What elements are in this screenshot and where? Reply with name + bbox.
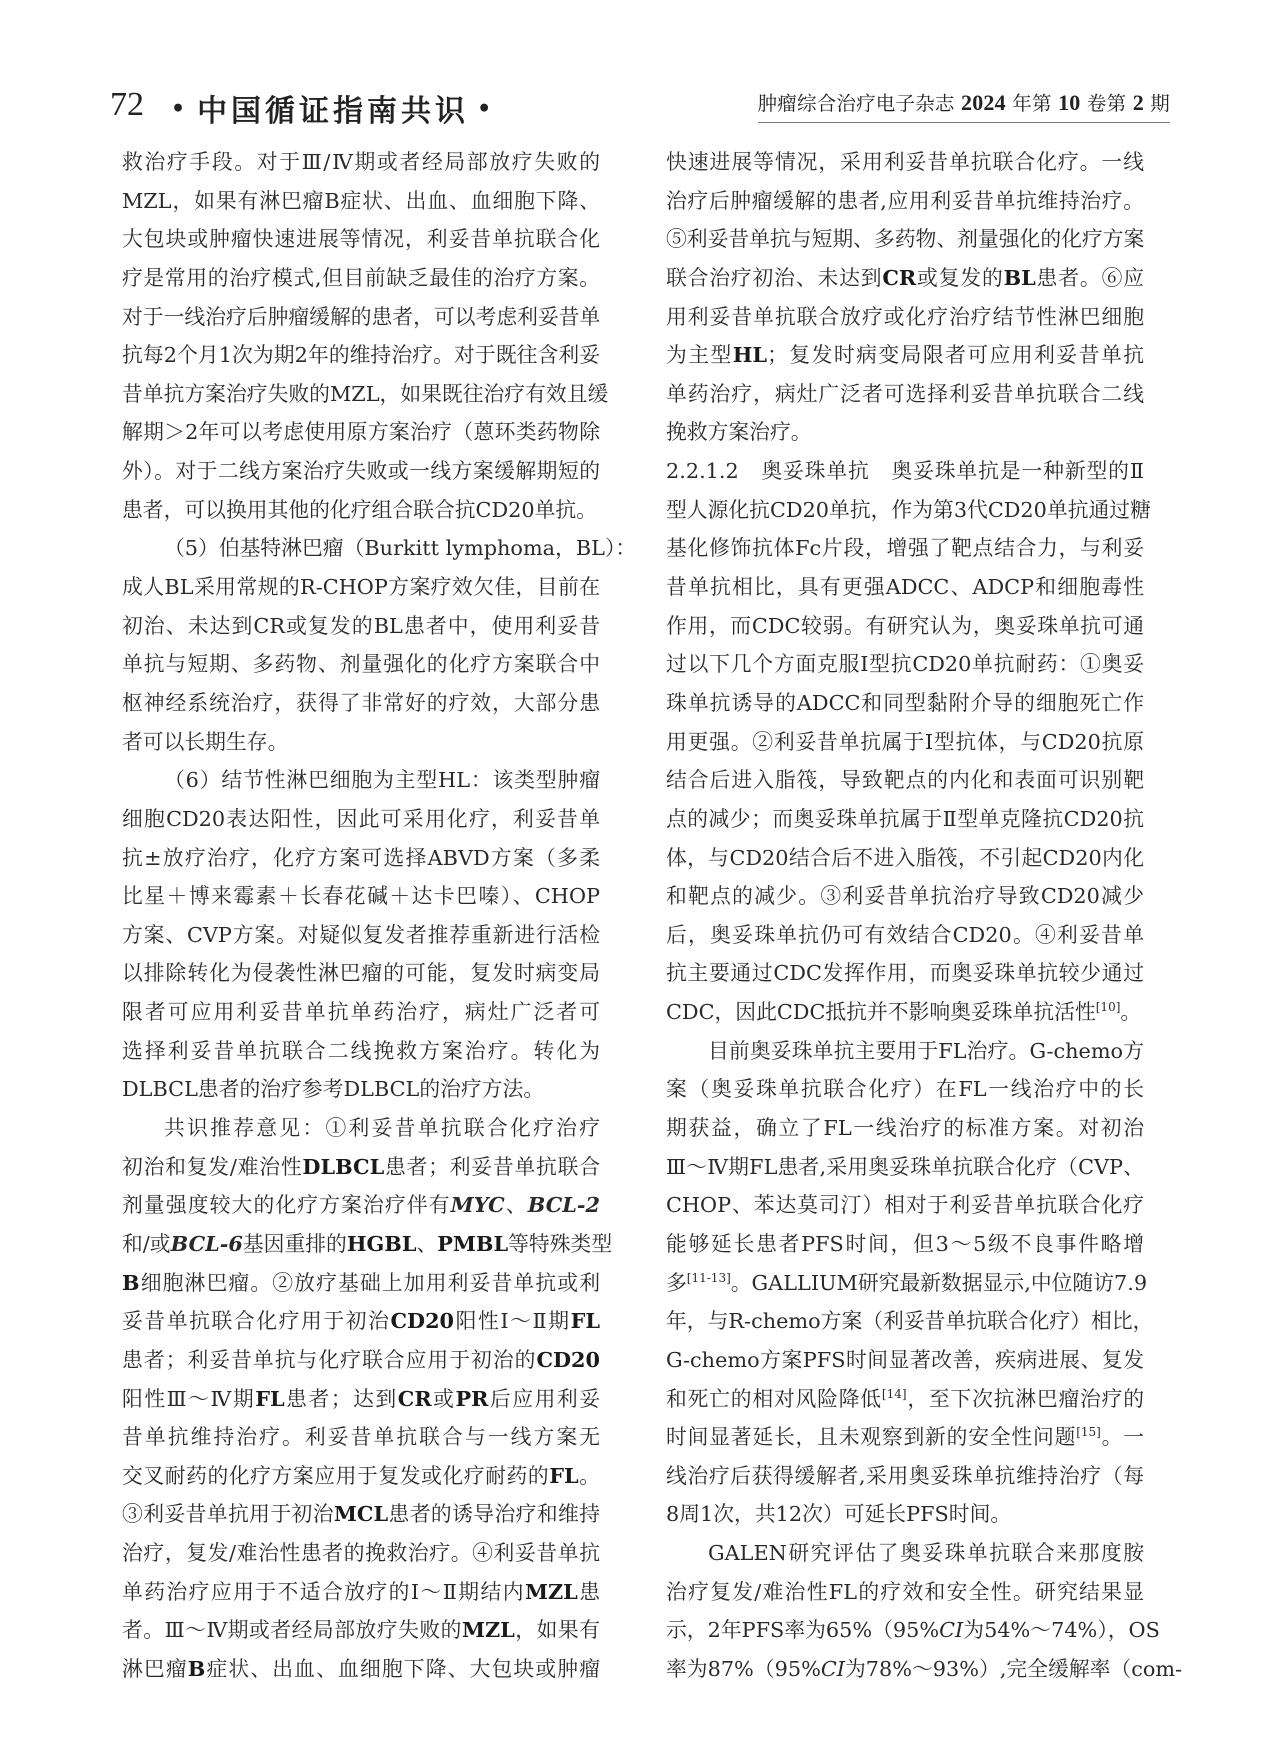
text-run: 阳性Ⅰ～Ⅱ期 [454,1309,571,1333]
text-line: DLBCL患者的治疗参考DLBCL的治疗方法。 [122,1070,600,1109]
text-line: 和靶点的减少。③利妥昔单抗治疗导致CD20减少 [666,877,1144,916]
text-run: 基因重排的 [243,1232,347,1256]
text-run: 患者。⑥应 [1036,266,1144,290]
text-line: G-chemo方案PFS时间显著改善，疾病进展、复发 [666,1341,1144,1380]
text-run: Ⅲ～Ⅳ期FL患者,采用奥妥珠单抗联合化疗（CVP、 [666,1155,1144,1179]
text-line: GALEN研究评估了奥妥珠单抗联合来那度胺 [666,1534,1144,1573]
text-run: 单药治疗，病灶广泛者可选择利妥昔单抗联合二线 [666,382,1144,406]
text-line: （6）结节性淋巴细胞为主型HL：该类型肿瘤 [122,761,600,800]
text-line: 交叉耐药的化疗方案应用于复发或化疗耐药的FL。 [122,1457,600,1496]
text-run: MCL [334,1501,388,1526]
text-run: BCL-6 [171,1231,243,1256]
text-run: 挽救方案治疗。 [666,420,812,444]
text-run: ，如果有 [515,1618,600,1642]
text-line: 成人BL采用常规的R-CHOP方案疗效欠佳，目前在 [122,568,600,607]
text-line: 单抗与短期、多药物、剂量强化的化疗方案联合中 [122,645,600,684]
text-line: CHOP、苯达莫司汀）相对于利妥昔单抗联合化疗 [666,1186,1144,1225]
text-line: 抗每2个月1次为期2年的维持治疗。对于既往含利妥 [122,336,600,375]
text-line: 大包块或肿瘤快速进展等情况，利妥昔单抗联合化 [122,220,600,259]
text-run: CI [821,1657,845,1681]
text-line: 淋巴瘤B症状、出血、血细胞下降、大包块或肿瘤 [122,1650,600,1689]
section-title: •中国循证指南共识• [163,86,503,130]
text-line: 2.2.1.2 奥妥珠单抗 奥妥珠单抗是一种新型的Ⅱ [666,452,1144,491]
text-line: 初治、未达到CR或复发的BL患者中，使用利妥昔 [122,607,600,646]
text-run: 剂量强度较大的化疗方案治疗伴有 [122,1193,451,1217]
text-run: 治疗后肿瘤缓解的患者,应用利妥昔单抗维持治疗。 [666,189,1144,213]
text-run: 抗主要通过CDC发挥作用，而奥妥珠单抗较少通过 [666,961,1144,985]
text-line: 对于一线治疗后肿瘤缓解的患者，可以考虑利妥昔单 [122,298,600,337]
text-run: 患者的诱导治疗和维持 [388,1502,600,1526]
text-run: ⑤利妥昔单抗与短期、多药物、剂量强化的化疗方案 [666,227,1144,251]
text-run: 、 [416,1232,437,1256]
text-line: 昔单抗维持治疗。利妥昔单抗联合与一线方案无 [122,1418,600,1457]
journal-issue-suffix: 期 [1150,92,1170,115]
section-title-text: 中国循证指南共识 [197,94,469,129]
text-run: ；复发时病变局限者可应用利妥昔单抗 [767,343,1144,367]
journal-volume: 10 [1058,90,1080,115]
text-line: 联合治疗初治、未达到CR或复发的BL患者。⑥应 [666,259,1144,298]
text-run: 淋巴瘤 [122,1657,188,1681]
text-run: HL [733,342,767,367]
text-run: 等特殊类型 [508,1232,612,1256]
text-run: 和靶点的减少。③利妥昔单抗治疗导致CD20减少 [666,884,1144,908]
text-line: MZL，如果有淋巴瘤B症状、出血、血细胞下降、 [122,182,600,221]
text-line: 妥昔单抗联合化疗用于初治CD20阳性Ⅰ～Ⅱ期FL [122,1302,600,1341]
text-run: BL [1004,265,1036,290]
text-line: 珠单抗诱导的ADCC和同型黏附介导的细胞死亡作 [666,684,1144,723]
text-run: 大包块或肿瘤快速进展等情况，利妥昔单抗联合化 [122,227,600,251]
text-line: 示，2年PFS率为65%（95%CI为54%～74%），OS [666,1611,1144,1650]
text-run: 患者；利妥昔单抗与化疗联合应用于初治的 [122,1348,536,1372]
text-run: 为78%～93%）,完全缓解率（com- [845,1657,1182,1681]
text-run: 型人源化抗CD20单抗，作为第3代CD20单抗通过糖 [666,498,1151,522]
text-line: 多[11-13]。GALLIUM研究最新数据显示,中位随访7.9 [666,1264,1144,1303]
text-run: DLBCL [302,1154,384,1179]
text-run: 多 [666,1271,687,1295]
text-line: 阳性Ⅲ～Ⅳ期FL患者；达到CR或PR后应用利妥 [122,1380,600,1419]
text-run: 救治疗手段。对于Ⅲ/Ⅳ期或者经局部放疗失败的 [122,150,600,174]
text-line: ⑤利妥昔单抗与短期、多药物、剂量强化的化疗方案 [666,220,1144,259]
text-run: 为54%～74%），OS [963,1618,1160,1642]
text-line: 者。Ⅲ～Ⅳ期或者经局部放疗失败的MZL，如果有 [122,1611,600,1650]
text-run: 、 [505,1193,528,1217]
text-run: FL [571,1308,600,1333]
text-run: 抗±放疗治疗，化疗方案可选择ABVD方案（多柔 [122,846,600,870]
text-run: 点的减少；而奥妥珠单抗属于Ⅱ型单克隆抗CD20抗 [666,807,1144,831]
text-run: 作用，而CDC较弱。有研究认为，奥妥珠单抗可通 [666,614,1144,638]
text-line: 用更强。②利妥昔单抗属于Ⅰ型抗体，与CD20抗原 [666,723,1144,762]
text-line: 抗主要通过CDC发挥作用，而奥妥珠单抗较少通过 [666,954,1144,993]
text-run: 时间显著延长，且未观察到新的安全性问题 [666,1425,1076,1449]
text-line: 率为87%（95%CI为78%～93%）,完全缓解率（com- [666,1650,1144,1689]
text-line: 枢神经系统治疗，获得了非常好的疗效，大部分患 [122,684,600,723]
text-run: 目前奥妥珠单抗主要用于FL治疗。G-chemo方 [708,1039,1144,1063]
text-run: 过以下几个方面克服Ⅰ型抗CD20单抗耐药：①奥妥 [666,652,1144,676]
text-run: 抗每2个月1次为期2年的维持治疗。对于既往含利妥 [122,343,600,367]
text-line: 以排除转化为侵袭性淋巴瘤的可能，复发时病变局 [122,954,600,993]
text-line: 基化修饰抗体Fc片段，增强了靶点结合力，与利妥 [666,529,1144,568]
left-column: 救治疗手段。对于Ⅲ/Ⅳ期或者经局部放疗失败的MZL，如果有淋巴瘤B症状、出血、血… [122,143,600,1689]
text-line: 时间显著延长，且未观察到新的安全性问题[15]。一 [666,1418,1144,1457]
text-line: （5）伯基特淋巴瘤（Burkitt lymphoma，BL）： [122,529,600,568]
text-line: 挽救方案治疗。 [666,413,1144,452]
text-line: 和死亡的相对风险降低[14]，至下次抗淋巴瘤治疗的 [666,1380,1144,1419]
text-run: MZL [462,1617,515,1642]
text-line: 过以下几个方面克服Ⅰ型抗CD20单抗耐药：①奥妥 [666,645,1144,684]
text-run: 患者；利妥昔单抗联合 [384,1155,600,1179]
text-line: Ⅲ～Ⅳ期FL患者,采用奥妥珠单抗联合化疗（CVP、 [666,1148,1144,1187]
text-run: 珠单抗诱导的ADCC和同型黏附介导的细胞死亡作 [666,691,1144,715]
bullet-icon: • [171,96,189,122]
text-run: 期获益，确立了FL一线治疗的标准方案。对初治 [666,1116,1144,1140]
text-line: 昔单抗方案治疗失败的MZL，如果既往治疗有效且缓 [122,375,600,414]
right-column: 快速进展等情况，采用利妥昔单抗联合化疗。一线治疗后肿瘤缓解的患者,应用利妥昔单抗… [666,143,1144,1689]
text-run: 细胞CD20表达阳性，因此可采用化疗，利妥昔单 [122,807,600,831]
citation-ref: [11-13] [687,1271,731,1285]
text-line: 治疗，复发/难治性患者的挽救治疗。④利妥昔单抗 [122,1534,600,1573]
journal-volume-suffix: 卷第 [1087,92,1126,115]
text-run: 患 [578,1580,600,1604]
text-run: 或复发的 [916,266,1003,290]
text-line: 和/或BCL-6基因重排的HGBL、PMBL等特殊类型 [122,1225,600,1264]
text-run: 。 [1120,1000,1141,1024]
journal-issue: 2 [1133,90,1144,115]
text-run: MYC [451,1192,505,1217]
text-run: 昔单抗相比，具有更强ADCC、ADCP和细胞毒性 [666,575,1144,599]
text-line: 昔单抗相比，具有更强ADCC、ADCP和细胞毒性 [666,568,1144,607]
text-run: 治疗复发/难治性FL的疗效和安全性。研究结果显 [666,1580,1144,1604]
text-run: 为主型 [666,343,733,367]
text-line: 案（奥妥珠单抗联合化疗）在FL一线治疗中的长 [666,1070,1144,1109]
text-line: 限者可应用利妥昔单抗单药治疗，病灶广泛者可 [122,993,600,1032]
text-run: 示，2年PFS率为65%（95% [666,1618,939,1642]
page-number: 72 [110,86,144,124]
text-line: 年，与R-chemo方案（利妥昔单抗联合化疗）相比， [666,1302,1144,1341]
text-run: 共识推荐意见：①利妥昔单抗联合化疗治疗 [164,1116,600,1140]
text-run: 单抗与短期、多药物、剂量强化的化疗方案联合中 [122,652,600,676]
text-run: 阳性Ⅲ～Ⅳ期 [122,1387,255,1411]
text-line: 者可以长期生存。 [122,723,600,762]
text-line: 型人源化抗CD20单抗，作为第3代CD20单抗通过糖 [666,491,1144,530]
text-line: 结合后进入脂筏，导致靶点的内化和表面可识别靶 [666,761,1144,800]
text-run: 初治、未达到CR或复发的BL患者中，使用利妥昔 [122,614,600,638]
text-run: 初治和复发/难治性 [122,1155,302,1179]
text-run: FL [255,1386,284,1411]
text-line: 救治疗手段。对于Ⅲ/Ⅳ期或者经局部放疗失败的 [122,143,600,182]
citation-ref: [10] [1096,1000,1121,1014]
text-run: BCL-2 [528,1192,600,1217]
text-run: GALEN研究评估了奥妥珠单抗联合来那度胺 [708,1541,1144,1565]
text-run: HGBL [347,1231,417,1256]
text-line: CDC，因此CDC抵抗并不影响奥妥珠单抗活性[10]。 [666,993,1144,1032]
text-run: 治疗，复发/难治性患者的挽救治疗。④利妥昔单抗 [122,1541,600,1565]
text-run: 限者可应用利妥昔单抗单药治疗，病灶广泛者可 [122,1000,600,1024]
text-run: 成人BL采用常规的R-CHOP方案疗效欠佳，目前在 [122,575,600,599]
text-run: 者可以长期生存。 [122,730,288,754]
text-run: 用更强。②利妥昔单抗属于Ⅰ型抗体，与CD20抗原 [666,730,1144,754]
text-run: MZL，如果有淋巴瘤B症状、出血、血细胞下降、 [122,189,600,213]
text-run: 患者；达到 [285,1387,398,1411]
text-run: MZL [525,1579,578,1604]
text-run: （6）结节性淋巴细胞为主型HL：该类型肿瘤 [164,768,600,792]
text-run: 者。Ⅲ～Ⅳ期或者经局部放疗失败的 [122,1618,462,1642]
text-run: 枢神经系统治疗，获得了非常好的疗效，大部分患 [122,691,600,715]
text-line: 快速进展等情况，采用利妥昔单抗联合化疗。一线 [666,143,1144,182]
text-run: 疗是常用的治疗模式,但目前缺乏最佳的治疗方案。 [122,266,600,290]
text-run: 昔单抗维持治疗。利妥昔单抗联合与一线方案无 [122,1425,600,1449]
text-run: 。一 [1101,1425,1144,1449]
text-line: 外）。对于二线方案治疗失败或一线方案缓解期短的 [122,452,600,491]
text-line: B细胞淋巴瘤。②放疗基础上加用利妥昔单抗或利 [122,1264,600,1303]
text-run: B [188,1656,206,1681]
text-run: G-chemo方案PFS时间显著改善，疾病进展、复发 [666,1348,1144,1372]
text-run: 年，与R-chemo方案（利妥昔单抗联合化疗）相比， [666,1309,1153,1333]
text-run: CDC，因此CDC抵抗并不影响奥妥珠单抗活性 [666,1000,1096,1024]
text-run: CHOP、苯达莫司汀）相对于利妥昔单抗联合化疗 [666,1193,1144,1217]
journal-citation: 肿瘤综合治疗电子杂志 2024 年第 10 卷第 2 期 [758,88,1170,123]
text-run: 结合后进入脂筏，导致靶点的内化和表面可识别靶 [666,768,1144,792]
text-line: 体，与CD20结合后不进入脂筏，不引起CD20内化 [666,839,1144,878]
text-line: 患者；利妥昔单抗与化疗联合应用于初治的CD20 [122,1341,600,1380]
text-line: 患者，可以换用其他的化疗组合联合抗CD20单抗。 [122,491,600,530]
text-line: 初治和复发/难治性DLBCL患者；利妥昔单抗联合 [122,1148,600,1187]
text-run: CD20 [536,1347,600,1372]
text-line: 期获益，确立了FL一线治疗的标准方案。对初治 [666,1109,1144,1148]
text-line: 作用，而CDC较弱。有研究认为，奥妥珠单抗可通 [666,607,1144,646]
text-line: 单药治疗，病灶广泛者可选择利妥昔单抗联合二线 [666,375,1144,414]
text-line: 治疗后肿瘤缓解的患者,应用利妥昔单抗维持治疗。 [666,182,1144,221]
text-run: 和死亡的相对风险降低 [666,1387,882,1411]
text-run: 患者，可以换用其他的化疗组合联合抗CD20单抗。 [122,498,597,522]
text-run: 方案、CVP方案。对疑似复发者推荐重新进行活检 [122,923,600,947]
text-run: CD20 [391,1308,455,1333]
text-run: 2.2.1.2 奥妥珠单抗 奥妥珠单抗是一种新型的Ⅱ [666,459,1144,483]
text-run: 体，与CD20结合后不进入脂筏，不引起CD20内化 [666,846,1144,870]
text-line: 剂量强度较大的化疗方案治疗伴有MYC、BCL-2 [122,1186,600,1225]
text-line: 解期＞2年可以考虑使用原方案治疗（蒽环类药物除 [122,413,600,452]
text-line: 细胞CD20表达阳性，因此可采用化疗，利妥昔单 [122,800,600,839]
text-run: 案（奥妥珠单抗联合化疗）在FL一线治疗中的长 [666,1077,1144,1101]
text-line: 为主型HL；复发时病变局限者可应用利妥昔单抗 [666,336,1144,375]
text-line: 线治疗后获得缓解者,采用奥妥珠单抗维持治疗（每 [666,1457,1144,1496]
bullet-icon: • [477,96,495,122]
text-run: ③利妥昔单抗用于初治 [122,1502,334,1526]
text-run: 细胞淋巴瘤。②放疗基础上加用利妥昔单抗或利 [140,1271,600,1295]
text-run: 单药治疗应用于不适合放疗的Ⅰ～Ⅱ期结内 [122,1580,525,1604]
text-line: 方案、CVP方案。对疑似复发者推荐重新进行活检 [122,916,600,955]
text-run: 后，奥妥珠单抗仍可有效结合CD20。④利妥昔单 [666,923,1144,947]
text-run: 或 [432,1387,456,1411]
text-run: 线治疗后获得缓解者,采用奥妥珠单抗维持治疗（每 [666,1464,1144,1488]
text-line: 治疗复发/难治性FL的疗效和安全性。研究结果显 [666,1573,1144,1612]
text-run: B [122,1270,140,1295]
text-line: 目前奥妥珠单抗主要用于FL治疗。G-chemo方 [666,1032,1144,1071]
text-run: 以排除转化为侵袭性淋巴瘤的可能，复发时病变局 [122,961,600,985]
text-run: 症状、出血、血细胞下降、大包块或肿瘤 [205,1657,600,1681]
text-line: 8周1次，共12次）可延长PFS时间。 [666,1495,1144,1534]
text-run: 交叉耐药的化疗方案应用于复发或化疗耐药的 [122,1464,549,1488]
text-run: 基化修饰抗体Fc片段，增强了靶点结合力，与利妥 [666,536,1144,560]
text-run: 联合治疗初治、未达到 [666,266,882,290]
text-run: CI [939,1618,963,1642]
text-line: 点的减少；而奥妥珠单抗属于Ⅱ型单克隆抗CD20抗 [666,800,1144,839]
text-line: 能够延长患者PFS时间，但3～5级不良事件略增 [666,1225,1144,1264]
text-run: 用利妥昔单抗联合放疗或化疗治疗结节性淋巴细胞 [666,305,1144,329]
text-run: 快速进展等情况，采用利妥昔单抗联合化疗。一线 [666,150,1144,174]
text-run: （5）伯基特淋巴瘤（Burkitt lymphoma，BL）： [164,536,636,560]
text-line: ③利妥昔单抗用于初治MCL患者的诱导治疗和维持 [122,1495,600,1534]
text-run: 。 [579,1464,600,1488]
text-run: 率为87%（95% [666,1657,821,1681]
page-header: 72 •中国循证指南共识• 肿瘤综合治疗电子杂志 2024 年第 10 卷第 2… [0,0,1280,130]
text-run: DLBCL患者的治疗参考DLBCL的治疗方法。 [122,1077,544,1101]
text-run: PR [455,1386,488,1411]
text-run: CR [398,1386,432,1411]
text-line: 后，奥妥珠单抗仍可有效结合CD20。④利妥昔单 [666,916,1144,955]
text-line: 抗±放疗治疗，化疗方案可选择ABVD方案（多柔 [122,839,600,878]
text-run: 对于一线治疗后肿瘤缓解的患者，可以考虑利妥昔单 [122,305,600,329]
text-run: 8周1次，共12次）可延长PFS时间。 [666,1502,1011,1526]
text-line: 选择利妥昔单抗联合二线挽救方案治疗。转化为 [122,1032,600,1071]
journal-year: 2024 [961,90,1006,115]
text-run: 解期＞2年可以考虑使用原方案治疗（蒽环类药物除 [122,420,600,444]
text-run: 妥昔单抗联合化疗用于初治 [122,1309,391,1333]
text-run: 外）。对于二线方案治疗失败或一线方案缓解期短的 [122,459,600,483]
text-run: 后应用利妥 [488,1387,600,1411]
text-run: PMBL [437,1231,508,1256]
text-line: 用利妥昔单抗联合放疗或化疗治疗结节性淋巴细胞 [666,298,1144,337]
citation-ref: [14] [882,1387,907,1401]
text-run: FL [549,1463,578,1488]
text-run: 能够延长患者PFS时间，但3～5级不良事件略增 [666,1232,1144,1256]
text-line: 比星＋博来霉素＋长春花碱＋达卡巴嗪）、CHOP [122,877,600,916]
text-run: 比星＋博来霉素＋长春花碱＋达卡巴嗪）、CHOP [122,884,600,908]
text-run: 和/或 [122,1232,171,1256]
text-line: 疗是常用的治疗模式,但目前缺乏最佳的治疗方案。 [122,259,600,298]
journal-name: 肿瘤综合治疗电子杂志 [758,92,955,115]
citation-ref: [15] [1076,1425,1101,1439]
text-run: 。GALLIUM研究最新数据显示,中位随访7.9 [731,1271,1147,1295]
journal-year-suffix: 年第 [1012,92,1051,115]
text-run: ，至下次抗淋巴瘤治疗的 [907,1387,1144,1411]
text-line: 单药治疗应用于不适合放疗的Ⅰ～Ⅱ期结内MZL患 [122,1573,600,1612]
text-line: 共识推荐意见：①利妥昔单抗联合化疗治疗 [122,1109,600,1148]
text-run: 昔单抗方案治疗失败的MZL，如果既往治疗有效且缓 [122,382,608,406]
text-run: CR [882,265,916,290]
text-run: 选择利妥昔单抗联合二线挽救方案治疗。转化为 [122,1039,600,1063]
